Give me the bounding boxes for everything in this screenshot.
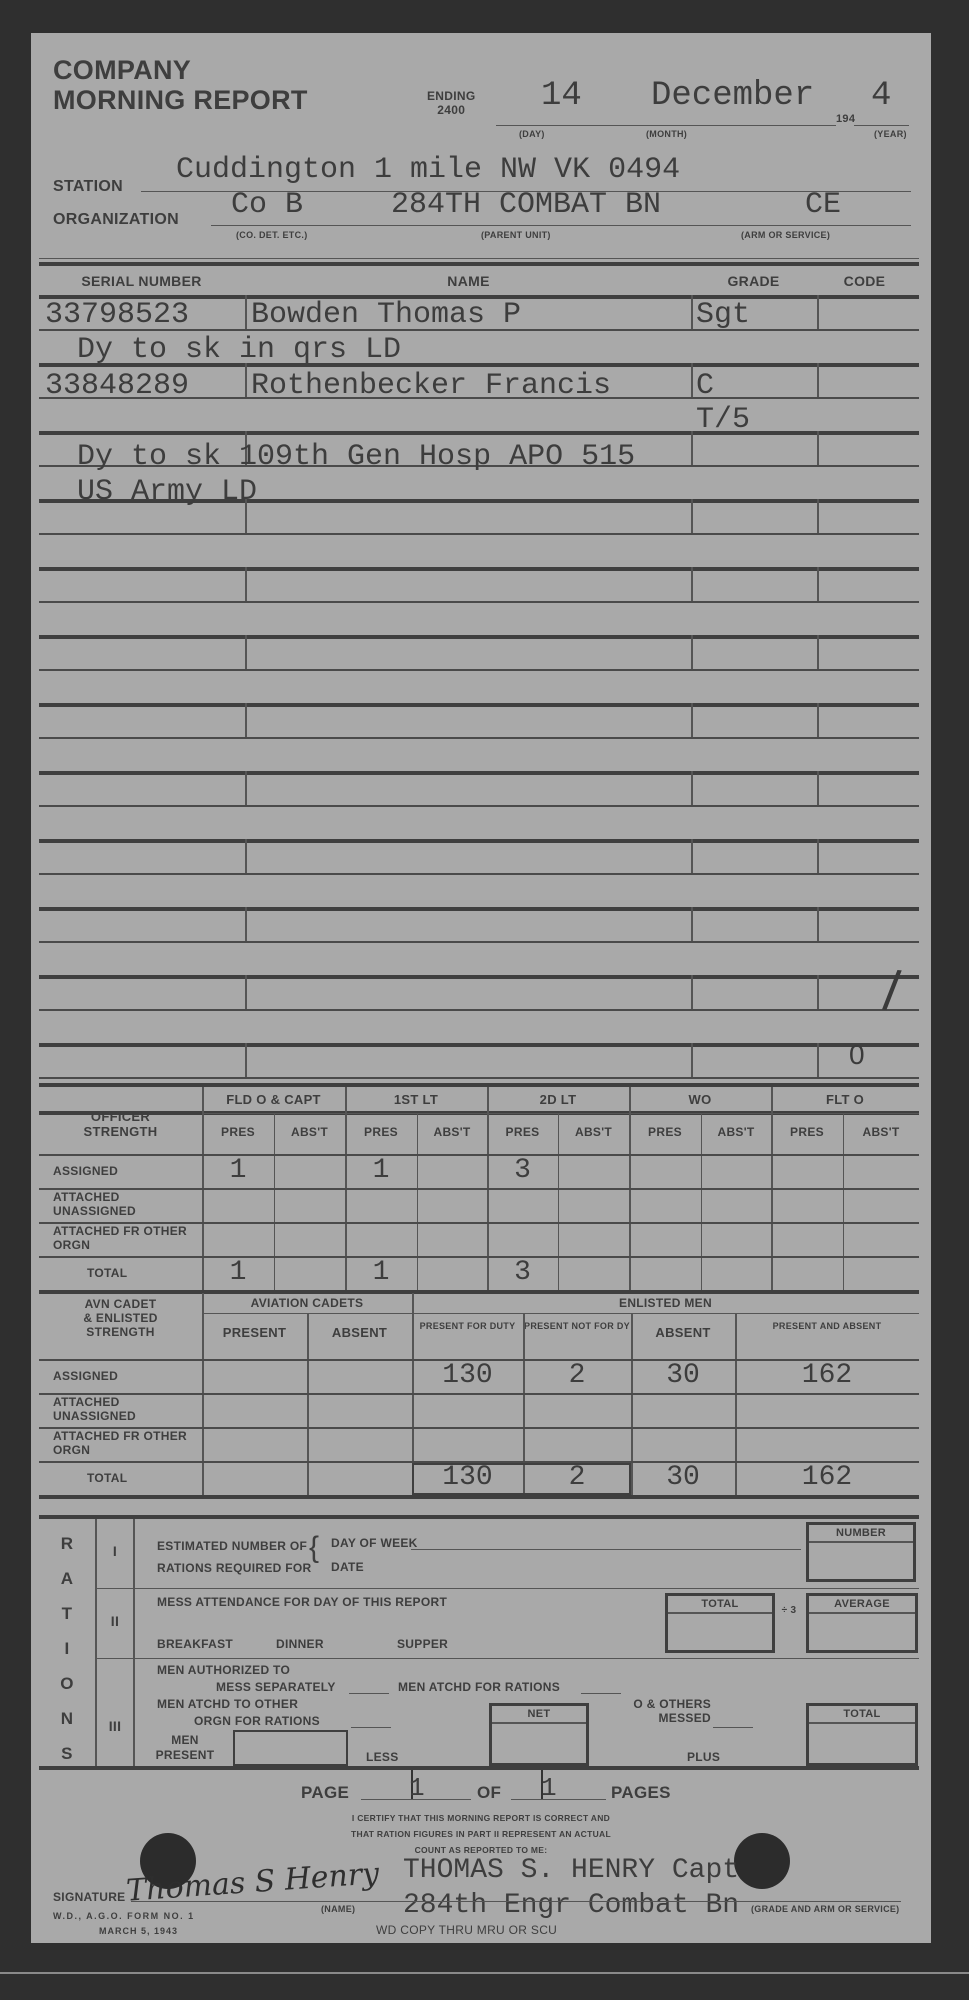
officer-subheader: PRES — [487, 1125, 558, 1139]
officer-subheader: PRES — [771, 1125, 843, 1139]
net-label: NET — [492, 1706, 586, 1724]
of-label: OF — [477, 1783, 501, 1803]
officer-group-header: WO — [629, 1092, 771, 1107]
roster-pair-rule — [39, 907, 919, 911]
enlisted-row-label: ASSIGNED — [53, 1369, 202, 1383]
roster-pair-rule — [39, 567, 919, 571]
entry-1-grade: Sgt — [696, 298, 750, 332]
entry-2-name: Rothenbecker Francis — [251, 369, 611, 403]
certification-text: I CERTIFY THAT THIS MORNING REPORT IS CO… — [271, 1810, 691, 1858]
signature-line — [131, 1901, 901, 1902]
part-1-text: ESTIMATED NUMBER OF RATIONS REQUIRED FOR — [157, 1535, 311, 1579]
entry-2-remark-1: Dy to sk 109th Gen Hosp APO 515 — [77, 440, 635, 474]
atchd-for-rations-line — [581, 1693, 621, 1694]
roster-pair-rule — [39, 703, 919, 707]
officer-subcolumn-divider — [558, 1113, 559, 1290]
divide-by-three: ÷ 3 — [779, 1605, 799, 1616]
enlisted-subheader: PRESENT AND ABSENT — [735, 1319, 919, 1333]
enlisted-column-divider — [307, 1313, 309, 1495]
authorized-line-2: MESS SEPARATELY — [216, 1680, 336, 1694]
part-3-numeral: III — [97, 1718, 133, 1734]
roster-column-divider — [817, 295, 819, 329]
officer-cell[interactable]: 1 — [202, 1155, 274, 1186]
enlisted-subheader: ABSENT — [307, 1325, 412, 1341]
less-label: LESS — [366, 1750, 399, 1764]
roster-column-divider — [817, 363, 819, 397]
roster-column-divider — [245, 771, 247, 805]
roster-pair-rule — [39, 975, 919, 979]
station-value: Cuddington 1 mile NW VK 0494 — [176, 153, 680, 187]
supper-label: SUPPER — [397, 1637, 448, 1651]
pages-label: PAGES — [611, 1783, 671, 1803]
part-2-numeral: II — [97, 1613, 133, 1629]
officer-cell[interactable]: 3 — [487, 1155, 558, 1186]
roster-pair-rule — [39, 431, 919, 435]
date-label: DATE — [331, 1560, 364, 1574]
enlisted-men-header: ENLISTED MEN — [412, 1296, 919, 1310]
enlisted-cell[interactable]: 130 — [412, 1360, 523, 1391]
signature-label: SIGNATURE — [53, 1890, 125, 1904]
entry-1-remark: Dy to sk in qrs LD — [77, 333, 401, 367]
entry-2-grade: C — [696, 369, 714, 403]
enlisted-subheader: ABSENT — [631, 1325, 735, 1341]
roster-column-divider — [817, 635, 819, 669]
roster-column-divider — [817, 567, 819, 601]
officer-strength-title: OFFICERSTRENGTH — [39, 1109, 202, 1139]
roster-row-rule — [39, 1077, 919, 1079]
rations-total-box[interactable]: TOTAL — [806, 1703, 918, 1766]
atchd-other-line-1: MEN ATCHD TO OTHER — [157, 1697, 298, 1711]
day-caption: (DAY) — [519, 129, 545, 139]
roster-top-rule-2 — [39, 262, 919, 266]
rations-top-rule — [39, 1515, 919, 1519]
enlisted-cell[interactable]: 30 — [631, 1360, 735, 1391]
officer-cell[interactable]: 1 — [345, 1257, 417, 1288]
roster-column-divider — [245, 295, 247, 329]
page-total: 1 — [541, 1773, 557, 1803]
enlisted-subheader: PRESENT — [202, 1325, 307, 1341]
rations-part1-divider — [97, 1588, 919, 1589]
part-1-line-1: ESTIMATED NUMBER OF — [157, 1535, 311, 1557]
roster-column-divider — [691, 1043, 693, 1077]
officer-subheader: PRES — [202, 1125, 274, 1139]
roster-column-divider — [691, 839, 693, 873]
officer-subheader: ABS'T — [558, 1125, 629, 1139]
officer-bottom-rule — [39, 1290, 919, 1294]
org-underline — [211, 225, 911, 226]
pencil-mark-slash: / — [881, 957, 903, 1023]
plus-label: PLUS — [687, 1750, 720, 1764]
part-1-numeral: I — [97, 1543, 133, 1559]
side-letter: T — [39, 1596, 95, 1631]
station-label: STATION — [53, 178, 123, 196]
roster-column-divider — [245, 703, 247, 737]
roster-column-divider — [817, 771, 819, 805]
officer-subcolumn-divider — [701, 1113, 702, 1290]
roster-row-rule — [39, 601, 919, 603]
roster-column-divider — [691, 499, 693, 533]
page-total-line — [511, 1799, 606, 1800]
officer-subheader: PRES — [345, 1125, 417, 1139]
roster-column-divider — [817, 499, 819, 533]
ending-label: ENDING 2400 — [427, 89, 475, 117]
rations-total-label: TOTAL — [809, 1706, 915, 1724]
officer-group-header: FLD O & CAPT — [202, 1092, 345, 1107]
form-date: MARCH 5, 1943 — [99, 1926, 178, 1936]
roster-pair-rule — [39, 771, 919, 775]
header-grade: GRADE — [691, 273, 816, 289]
net-box[interactable]: NET — [489, 1703, 589, 1766]
morning-report-form: COMPANY MORNING REPORT ENDING 2400 14 De… — [31, 33, 931, 1943]
entry-2-serial: 33848289 — [45, 369, 189, 403]
roster-column-divider — [817, 839, 819, 873]
men-present-line-1: MEN — [139, 1733, 231, 1748]
authorized-line — [349, 1693, 389, 1694]
rations-vrule-2 — [133, 1519, 135, 1766]
officer-top-rule — [39, 1083, 919, 1087]
punch-hole-right — [734, 1833, 790, 1889]
men-present-line-2: PRESENT — [139, 1748, 231, 1763]
month-caption: (MONTH) — [646, 129, 687, 139]
enlisted-bottom-rule — [39, 1495, 919, 1499]
signer-name: THOMAS S. HENRY Capt — [403, 1855, 739, 1886]
side-letter: O — [39, 1666, 95, 1701]
year-prefix: 194 — [836, 113, 855, 125]
mess-total-label: TOTAL — [668, 1596, 772, 1614]
roster-column-divider — [691, 295, 693, 329]
mess-attendance-label: MESS ATTENDANCE FOR DAY OF THIS REPORT — [157, 1595, 447, 1609]
roster-column-divider — [245, 839, 247, 873]
entry-2-remark-2: US Army LD — [77, 475, 257, 509]
wd-copy-note: WD COPY THRU MRU OR SCU — [376, 1923, 557, 1937]
men-present-label: MEN PRESENT — [139, 1733, 231, 1763]
rations-bottom-rule — [39, 1766, 919, 1770]
roster-pair-rule — [39, 635, 919, 639]
officer-subheader: ABS'T — [843, 1125, 919, 1139]
roster-column-divider — [245, 363, 247, 397]
grade-caption: (GRADE AND ARM OR SERVICE) — [751, 1904, 899, 1914]
day-of-week-label: DAY OF WEEK — [331, 1536, 418, 1550]
roster-row-rule — [39, 669, 919, 671]
officer-subheader: PRES — [629, 1125, 701, 1139]
roster-column-divider — [245, 567, 247, 601]
officer-cell[interactable]: 1 — [202, 1257, 274, 1288]
org-caption-parent: (PARENT UNIT) — [481, 230, 551, 240]
enlisted-row-label: ATTACHED UNASSIGNED — [53, 1395, 202, 1423]
others-line — [713, 1727, 753, 1728]
roster-row-rule — [39, 533, 919, 535]
header-serial-number: SERIAL NUMBER — [39, 273, 244, 289]
organization-label: ORGANIZATION — [53, 211, 179, 229]
atchd-other-line-2: ORGN FOR RATIONS — [194, 1714, 320, 1728]
report-month: December — [651, 77, 814, 115]
ending-text: ENDING — [427, 89, 475, 103]
officer-row-rule — [39, 1256, 919, 1258]
roster-column-divider — [245, 975, 247, 1009]
report-year: 4 — [871, 77, 891, 115]
officer-row-label: ASSIGNED — [53, 1164, 202, 1178]
year-caption: (YEAR) — [874, 129, 907, 139]
entry-2-grade-note: T/5 — [696, 403, 750, 437]
year-underline — [854, 125, 909, 126]
ending-time: 2400 — [427, 103, 475, 117]
enlisted-cell[interactable]: 162 — [735, 1462, 919, 1493]
header-code: CODE — [817, 273, 912, 289]
average-label: AVERAGE — [809, 1596, 915, 1614]
others-line-2: MESSED — [621, 1711, 711, 1725]
others-label: O & OTHERS MESSED — [621, 1697, 711, 1725]
form-number: W.D., A.G.O. FORM NO. 1 — [53, 1911, 195, 1921]
roster-column-divider — [691, 771, 693, 805]
roster-column-divider — [245, 907, 247, 941]
roster-row-rule — [39, 737, 919, 739]
roster-column-divider — [691, 635, 693, 669]
roster-column-divider — [817, 703, 819, 737]
roster-column-divider — [245, 1043, 247, 1077]
officer-row-label: ATTACHED FR OTHER ORGN — [53, 1224, 202, 1252]
part-1-line-2: RATIONS REQUIRED FOR — [157, 1557, 311, 1579]
officer-cell[interactable]: 1 — [345, 1155, 417, 1186]
breakfast-label: BREAKFAST — [157, 1637, 233, 1651]
officer-subcolumn-divider — [843, 1113, 844, 1290]
officer-group-header: 2D LT — [487, 1092, 629, 1107]
name-caption: (NAME) — [321, 1904, 355, 1914]
roster-row-rule — [39, 1009, 919, 1011]
page-number: 1 — [409, 1773, 425, 1803]
org-caption-company: (CO. DET. ETC.) — [236, 230, 308, 240]
title-line-1: COMPANY — [53, 55, 308, 85]
officer-subheader-rule — [202, 1113, 919, 1114]
certify-line-1: I CERTIFY THAT THIS MORNING REPORT IS CO… — [271, 1810, 691, 1826]
side-letter: I — [39, 1631, 95, 1666]
officer-cell[interactable]: 3 — [487, 1257, 558, 1288]
side-letter: N — [39, 1701, 95, 1736]
entry-1-serial: 33798523 — [45, 298, 189, 332]
header-name: NAME — [246, 273, 691, 289]
atchd-other-line — [351, 1727, 391, 1728]
rations-side-label: R A T I O N S — [39, 1526, 95, 1771]
org-parent-unit: 284TH COMBAT BN — [391, 188, 661, 222]
entry-1-name: Bowden Thomas P — [251, 298, 521, 332]
roster-row-rule — [39, 941, 919, 943]
roster-column-divider — [817, 907, 819, 941]
enlisted-cell[interactable]: 30 — [631, 1462, 735, 1493]
org-company: Co B — [231, 188, 303, 222]
officer-subcolumn-divider — [274, 1113, 275, 1290]
roster-pair-rule — [39, 839, 919, 843]
certify-line-2: THAT RATION FIGURES IN PART II REPRESENT… — [271, 1826, 691, 1842]
enlisted-subheader: PRESENT FOR DUTY — [412, 1319, 523, 1333]
org-arm: CE — [805, 188, 841, 222]
officer-group-header: 1ST LT — [345, 1092, 487, 1107]
side-letter: S — [39, 1736, 95, 1771]
mess-total-box[interactable]: TOTAL — [665, 1593, 775, 1653]
enlisted-strength-title: AVN CADET& ENLISTEDSTRENGTH — [39, 1297, 202, 1339]
number-box[interactable]: NUMBER — [806, 1522, 916, 1582]
roster-top-rule — [39, 258, 919, 259]
enlisted-cell[interactable]: 162 — [735, 1360, 919, 1391]
atchd-for-rations-label: MEN ATCHD FOR RATIONS — [398, 1680, 560, 1694]
title-line-2: MORNING REPORT — [53, 85, 308, 115]
rations-part2-divider — [97, 1658, 919, 1659]
officer-subheader: ABS'T — [701, 1125, 771, 1139]
officer-subcolumn-divider — [417, 1113, 418, 1290]
enlisted-cell[interactable]: 2 — [523, 1360, 631, 1391]
roster-column-divider — [691, 703, 693, 737]
form-title: COMPANY MORNING REPORT — [53, 55, 308, 115]
enlisted-row-label: ATTACHED FR OTHER ORGN — [53, 1429, 202, 1457]
enlisted-subheader-rule — [202, 1313, 919, 1314]
men-present-box[interactable] — [233, 1730, 348, 1766]
authorized-line-1: MEN AUTHORIZED TO — [157, 1663, 290, 1677]
enlisted-row-label: TOTAL — [87, 1471, 236, 1485]
roster-pair-rule — [39, 1043, 919, 1047]
number-box-label: NUMBER — [809, 1525, 913, 1543]
officer-row-label: ATTACHED UNASSIGNED — [53, 1190, 202, 1218]
side-letter: R — [39, 1526, 95, 1561]
officer-row-rule — [39, 1154, 919, 1156]
roster-column-divider — [691, 431, 693, 465]
brace-icon: { — [309, 1531, 319, 1565]
date-underline — [496, 125, 836, 126]
roster-column-divider — [691, 975, 693, 1009]
enlisted-subheader: PRESENT NOT FOR DY — [523, 1319, 631, 1333]
others-line-1: O & OTHERS — [621, 1697, 711, 1711]
pencil-mark-zero: 0 — [849, 1039, 865, 1071]
officer-group-header: FLT O — [771, 1092, 919, 1107]
dinner-label: DINNER — [276, 1637, 324, 1651]
enlisted-total-box — [412, 1463, 631, 1495]
roster-column-divider — [691, 363, 693, 397]
org-caption-arm: (ARM OR SERVICE) — [741, 230, 830, 240]
roster-column-divider — [691, 567, 693, 601]
report-day: 14 — [541, 77, 582, 115]
roster-column-divider — [245, 635, 247, 669]
aviation-cadets-header: AVIATION CADETS — [202, 1296, 412, 1310]
roster-column-divider — [817, 1043, 819, 1077]
page-label: PAGE — [301, 1783, 349, 1803]
roster-column-divider — [691, 907, 693, 941]
officer-subheader: ABS'T — [274, 1125, 345, 1139]
scan-artifact-line — [0, 1972, 969, 1974]
average-box[interactable]: AVERAGE — [806, 1593, 918, 1653]
roster-column-divider — [817, 975, 819, 1009]
roster-column-divider — [817, 431, 819, 465]
officer-subheader: ABS'T — [417, 1125, 487, 1139]
roster-row-rule — [39, 805, 919, 807]
day-of-week-line — [411, 1549, 801, 1550]
roster-row-rule — [39, 873, 919, 875]
signer-unit: 284th Engr Combat Bn — [403, 1890, 739, 1921]
side-letter: A — [39, 1561, 95, 1596]
